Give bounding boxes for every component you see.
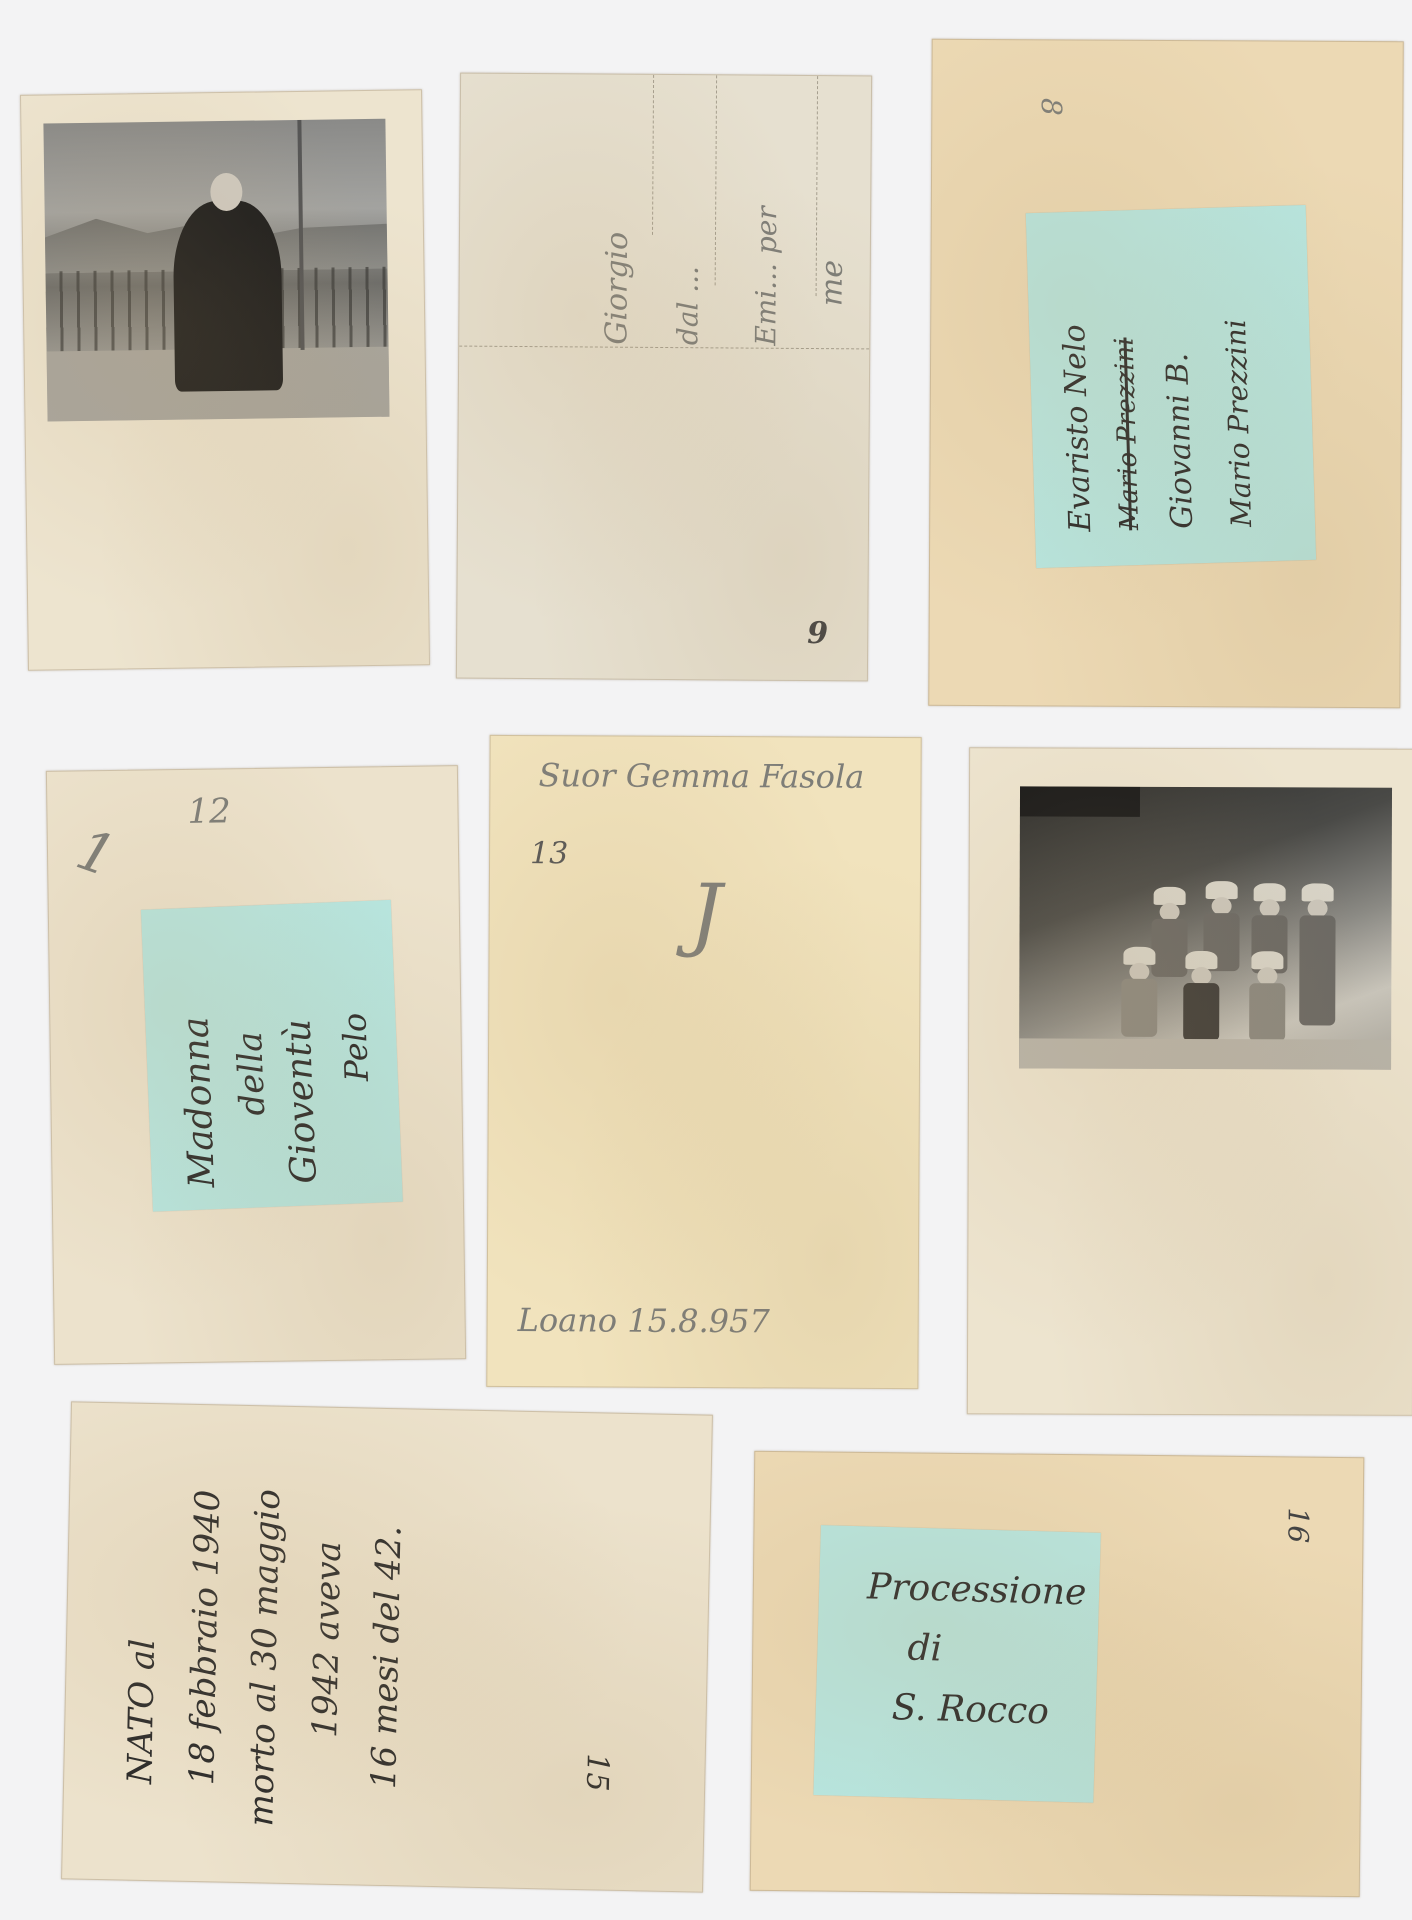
person [1297, 883, 1337, 973]
inscription-line: 18 febbraio 1940 [182, 1489, 228, 1785]
postcard-line [715, 75, 717, 285]
note-line: Gioventù [277, 1018, 325, 1184]
photo-back-15: NATO al 18 febbraio 1940 morto al 30 mag… [61, 1401, 713, 1892]
person [1247, 951, 1287, 1041]
card-number: 12 [187, 791, 231, 832]
pencil-line: dal ... [671, 266, 705, 345]
inscription-line: morto al 30 maggio [241, 1489, 288, 1827]
postcard-back-9: Giorgio dal ... Emi... per me 9 [456, 73, 872, 682]
note-line: Mario Prezzini [1219, 319, 1258, 528]
note-line: Madonna [175, 1016, 223, 1188]
note-line-struck: Mario Prezzini [1109, 337, 1145, 531]
pencil-line: Giorgio [599, 232, 635, 345]
postcard-divider [459, 346, 869, 350]
card-number: 9 [807, 616, 828, 651]
pencil-line: Emi... per [749, 206, 783, 346]
photo-back-8: 8 Evaristo Nelo Mario Prezzini Giovanni … [928, 39, 1403, 708]
postcard-line [652, 75, 654, 235]
note-line: Pelo [335, 1012, 376, 1082]
photo-back-12: 1 12 Madonna della Gioventù Pelo [46, 765, 466, 1365]
date-line: Loano 15.8.957 [518, 1301, 770, 1340]
woman-figure [173, 200, 284, 391]
note-line: Evaristo Nelo [1057, 324, 1098, 532]
pencil-line: me [814, 260, 849, 306]
note-line: di [907, 1628, 943, 1670]
note-line: Giovanni B. [1160, 352, 1200, 529]
card-number: 16 [1281, 1507, 1314, 1543]
top-line: Suor Gemma Fasola [538, 756, 864, 796]
note-label: Madonna della Gioventù Pelo [141, 900, 403, 1212]
card-number: 15 [579, 1753, 615, 1792]
note-line: S. Rocco [891, 1687, 1049, 1732]
note-line: Processione [867, 1566, 1087, 1613]
photo-card-group [967, 747, 1412, 1416]
card-number: 13 [530, 836, 568, 871]
inscription-line: 16 mesi del 42. [364, 1525, 410, 1789]
photo-back-13: Suor Gemma Fasola 13 J Loano 15.8.957 [486, 735, 921, 1389]
inscription-line: NATO al [120, 1639, 163, 1785]
photo-back-16: 16 Processione di S. Rocco [750, 1451, 1365, 1897]
card-number: 8 [1035, 98, 1068, 116]
note-label: Evaristo Nelo Mario Prezzini Giovanni B.… [1026, 205, 1316, 568]
photo-woman-image [43, 119, 389, 422]
note-line: della [230, 1031, 273, 1116]
person [1181, 951, 1221, 1041]
note-label: Processione di S. Rocco [813, 1525, 1100, 1803]
card-number-slash: 1 [68, 817, 123, 890]
photo-group-image [1019, 786, 1392, 1069]
photo-card-woman [20, 89, 430, 671]
pencil-mark: J [690, 867, 723, 960]
person [1119, 947, 1159, 1037]
inscription-line: 1942 aveva [305, 1541, 349, 1738]
woman-head [210, 173, 243, 211]
